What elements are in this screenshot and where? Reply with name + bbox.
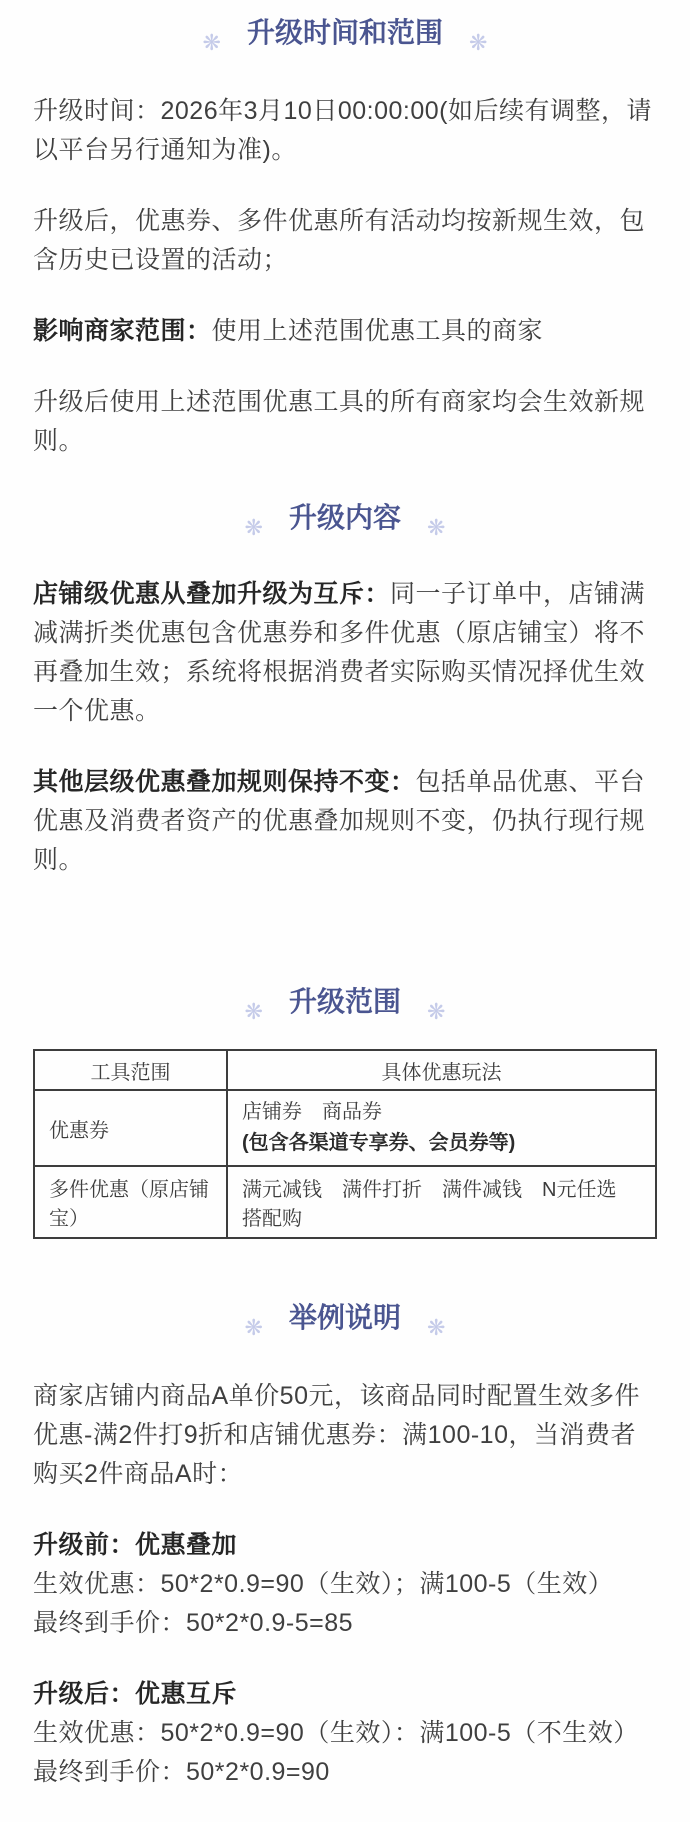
table-cell-tool-multi-discount: 多件优惠（原店铺宝） (34, 1166, 227, 1238)
example-after-effective: 生效优惠：50*2*0.9=90（生效）：满100-5（不生效） (33, 1714, 657, 1753)
table-cell-coupon-plays: 店铺券 商品券 (包含各渠道专享券、会员券等) (227, 1090, 656, 1166)
example-before-block: 升级前：优惠叠加 生效优惠：50*2*0.9=90（生效）；满100-5（生效）… (33, 1526, 657, 1643)
coupon-play-line2: (包含各渠道专享券、会员券等) (242, 1128, 645, 1159)
snowflake-icon: ❋ (245, 517, 263, 539)
section-title-text: 升级时间和范围 (247, 16, 443, 50)
snowflake-icon: ❋ (203, 32, 221, 54)
coupon-play-line1: 店铺券 商品券 (242, 1097, 645, 1128)
section-title-text: 升级内容 (289, 501, 401, 535)
example-before-effective: 生效优惠：50*2*0.9=90（生效）；满100-5（生效） (33, 1565, 657, 1604)
section-title-text: 举例说明 (289, 1301, 401, 1335)
section-title-time-scope: ❋ 升级时间和范围 ❋ (33, 16, 657, 50)
example-after-title: 升级后：优惠互斥 (33, 1675, 657, 1714)
table-row: 优惠券 店铺券 商品券 (包含各渠道专享券、会员券等) (34, 1090, 656, 1166)
announcement-page: ❋ 升级时间和范围 ❋ 升级时间：2026年3月10日00:00:00(如后续有… (0, 0, 690, 1822)
snowflake-icon: ❋ (427, 517, 445, 539)
snowflake-icon: ❋ (469, 32, 487, 54)
paragraph-after-upgrade: 升级后，优惠券、多件优惠所有活动均按新规生效，包含历史已设置的活动； (33, 202, 657, 280)
paragraph-merchant-scope: 影响商家范围：使用上述范围优惠工具的商家 (33, 312, 657, 351)
snowflake-icon: ❋ (245, 1317, 263, 1339)
table-header-tool-scope: 工具范围 (34, 1050, 227, 1090)
paragraph-other-level-rule: 其他层级优惠叠加规则保持不变：包括单品优惠、平台优惠及消费者资产的优惠叠加规则不… (33, 763, 657, 880)
paragraph-example-intro: 商家店铺内商品A单价50元，该商品同时配置生效多件优惠-满2件打9折和店铺优惠券… (33, 1377, 657, 1494)
example-after-final-price: 最终到手价：50*2*0.9=90 (33, 1753, 657, 1792)
paragraph-upgrade-time: 升级时间：2026年3月10日00:00:00(如后续有调整，请以平台另行通知为… (33, 92, 657, 170)
snowflake-icon: ❋ (427, 1317, 445, 1339)
upgrade-scope-table: 工具范围 具体优惠玩法 优惠券 店铺券 商品券 (包含各渠道专享券、会员券等) … (33, 1049, 657, 1239)
example-after-block: 升级后：优惠互斥 生效优惠：50*2*0.9=90（生效）：满100-5（不生效… (33, 1675, 657, 1792)
paragraph-store-level-rule: 店铺级优惠从叠加升级为互斥：同一子订单中，店铺满减满折类优惠包含优惠券和多件优惠… (33, 575, 657, 731)
merchant-scope-label: 影响商家范围： (33, 317, 212, 345)
paragraph-all-merchants: 升级后使用上述范围优惠工具的所有商家均会生效新规则。 (33, 383, 657, 461)
section-title-scope: ❋ 升级范围 ❋ (33, 985, 657, 1019)
table-row: 多件优惠（原店铺宝） 满元减钱 满件打折 满件减钱 N元任选 搭配购 (34, 1166, 656, 1238)
store-level-rule-label: 店铺级优惠从叠加升级为互斥： (33, 580, 390, 608)
table-cell-multi-discount-plays: 满元减钱 满件打折 满件减钱 N元任选 搭配购 (227, 1166, 656, 1238)
section-title-content: ❋ 升级内容 ❋ (33, 501, 657, 535)
other-level-rule-label: 其他层级优惠叠加规则保持不变： (33, 768, 416, 796)
table-cell-tool-coupon: 优惠券 (34, 1090, 227, 1166)
merchant-scope-text: 使用上述范围优惠工具的商家 (212, 317, 544, 345)
section-title-text: 升级范围 (289, 985, 401, 1019)
section-title-example: ❋ 举例说明 ❋ (33, 1301, 657, 1335)
table-header-play-types: 具体优惠玩法 (227, 1050, 656, 1090)
snowflake-icon: ❋ (245, 1001, 263, 1023)
snowflake-icon: ❋ (427, 1001, 445, 1023)
example-before-title: 升级前：优惠叠加 (33, 1526, 657, 1565)
example-before-final-price: 最终到手价：50*2*0.9-5=85 (33, 1604, 657, 1643)
table-header-row: 工具范围 具体优惠玩法 (34, 1050, 656, 1090)
